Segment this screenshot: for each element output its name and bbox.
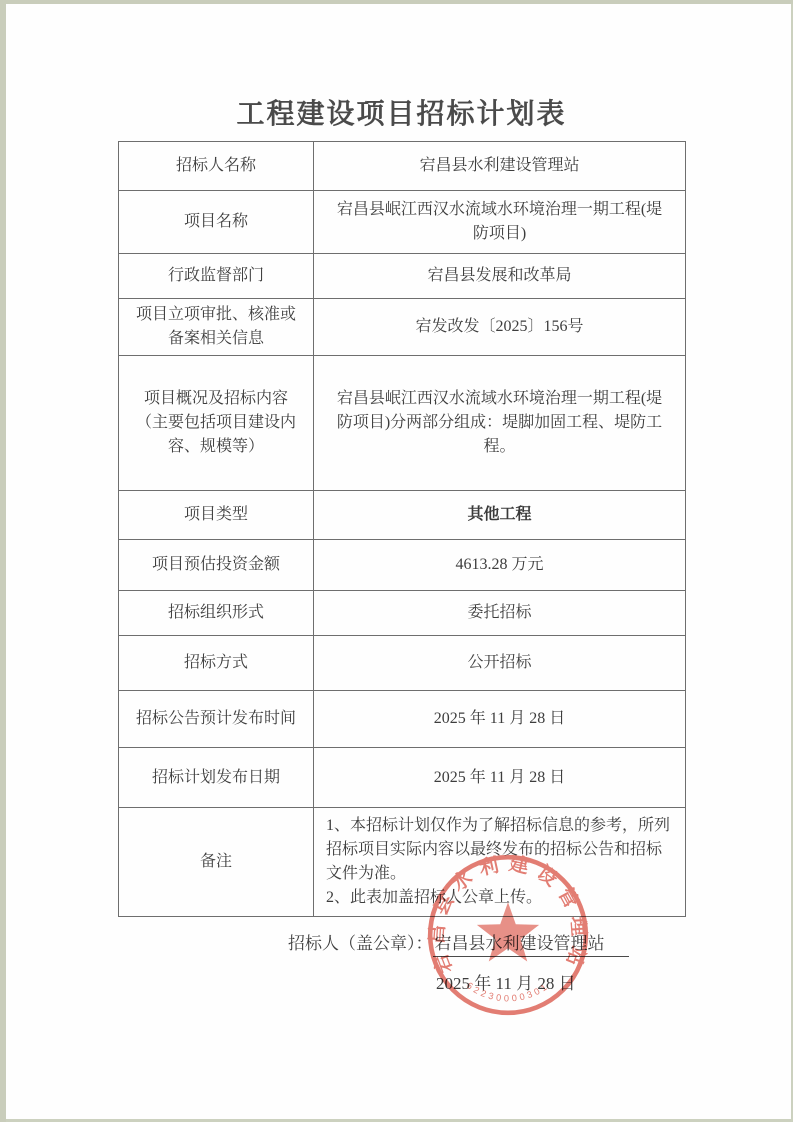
row-value: 宕昌县发展和改革局 xyxy=(314,254,686,299)
page-title: 工程建设项目招标计划表 xyxy=(118,92,685,132)
table-row: 招标公告预计发布时间 2025 年 11 月 28 日 xyxy=(119,691,686,748)
row-label: 招标计划发布日期 xyxy=(119,748,314,808)
row-label: 招标组织形式 xyxy=(119,591,314,636)
table-row: 招标计划发布日期 2025 年 11 月 28 日 xyxy=(119,748,686,808)
remark-line-2: 2、此表加盖招标人公章上传。 xyxy=(326,886,675,910)
row-value: 委托招标 xyxy=(314,591,686,636)
remark-line-1: 1、本招标计划仅作为了解招标信息的参考，所列招标项目实际内容以最终发布的招标公告… xyxy=(326,814,675,886)
row-value: 公开招标 xyxy=(314,636,686,691)
row-value: 宕昌县岷江西汉水流域水环境治理一期工程(堤防项目) xyxy=(314,191,686,254)
row-value: 宕发改发〔2025〕156号 xyxy=(314,299,686,356)
row-label: 项目概况及招标内容（主要包括项目建设内容、规模等） xyxy=(119,356,314,491)
table-row: 项目概况及招标内容（主要包括项目建设内容、规模等） 宕昌县岷江西汉水流域水环境治… xyxy=(119,356,686,491)
row-value-remarks: 1、本招标计划仅作为了解招标信息的参考，所列招标项目实际内容以最终发布的招标公告… xyxy=(314,808,686,917)
row-value: 宕昌县岷江西汉水流域水环境治理一期工程(堤防项目)分两部分组成：堤脚加固工程、堤… xyxy=(314,356,686,491)
signer-label: 招标人（盖公章）： xyxy=(288,934,433,953)
table-row: 招标方式 公开招标 xyxy=(119,636,686,691)
table-row: 项目预估投资金额 4613.28 万元 xyxy=(119,540,686,591)
row-label: 招标人名称 xyxy=(119,142,314,191)
signature-date: 2025 年 11 月 28 日 xyxy=(436,969,576,994)
scanned-document-page: 工程建设项目招标计划表 招标人名称 宕昌县水利建设管理站 项目名称 宕昌县岷江西… xyxy=(0,0,793,1122)
row-value: 其他工程 xyxy=(314,491,686,540)
table-row: 项目类型 其他工程 xyxy=(119,491,686,540)
row-label: 行政监督部门 xyxy=(119,254,314,299)
table-row: 项目名称 宕昌县岷江西汉水流域水环境治理一期工程(堤防项目) xyxy=(119,191,686,254)
table-row: 项目立项审批、核准或备案相关信息 宕发改发〔2025〕156号 xyxy=(119,299,686,356)
table-row: 行政监督部门 宕昌县发展和改革局 xyxy=(119,254,686,299)
row-label: 项目名称 xyxy=(119,191,314,254)
row-label: 招标方式 xyxy=(119,636,314,691)
row-value: 2025 年 11 月 28 日 xyxy=(314,691,686,748)
row-value: 宕昌县水利建设管理站 xyxy=(314,142,686,191)
table-row: 招标人名称 宕昌县水利建设管理站 xyxy=(119,142,686,191)
row-value: 4613.28 万元 xyxy=(314,540,686,591)
bidding-plan-table: 招标人名称 宕昌县水利建设管理站 项目名称 宕昌县岷江西汉水流域水环境治理一期工… xyxy=(118,141,686,917)
signer-name: 宕昌县水利建设管理站 xyxy=(433,929,629,957)
row-label: 项目预估投资金额 xyxy=(119,540,314,591)
table-row: 备注 1、本招标计划仅作为了解招标信息的参考，所列招标项目实际内容以最终发布的招… xyxy=(119,808,686,917)
row-label: 项目立项审批、核准或备案相关信息 xyxy=(119,299,314,356)
signer-line: 招标人（盖公章）：宕昌县水利建设管理站 xyxy=(288,929,629,957)
row-label: 招标公告预计发布时间 xyxy=(119,691,314,748)
row-label: 项目类型 xyxy=(119,491,314,540)
row-value: 2025 年 11 月 28 日 xyxy=(314,748,686,808)
table-row: 招标组织形式 委托招标 xyxy=(119,591,686,636)
row-label: 备注 xyxy=(119,808,314,917)
